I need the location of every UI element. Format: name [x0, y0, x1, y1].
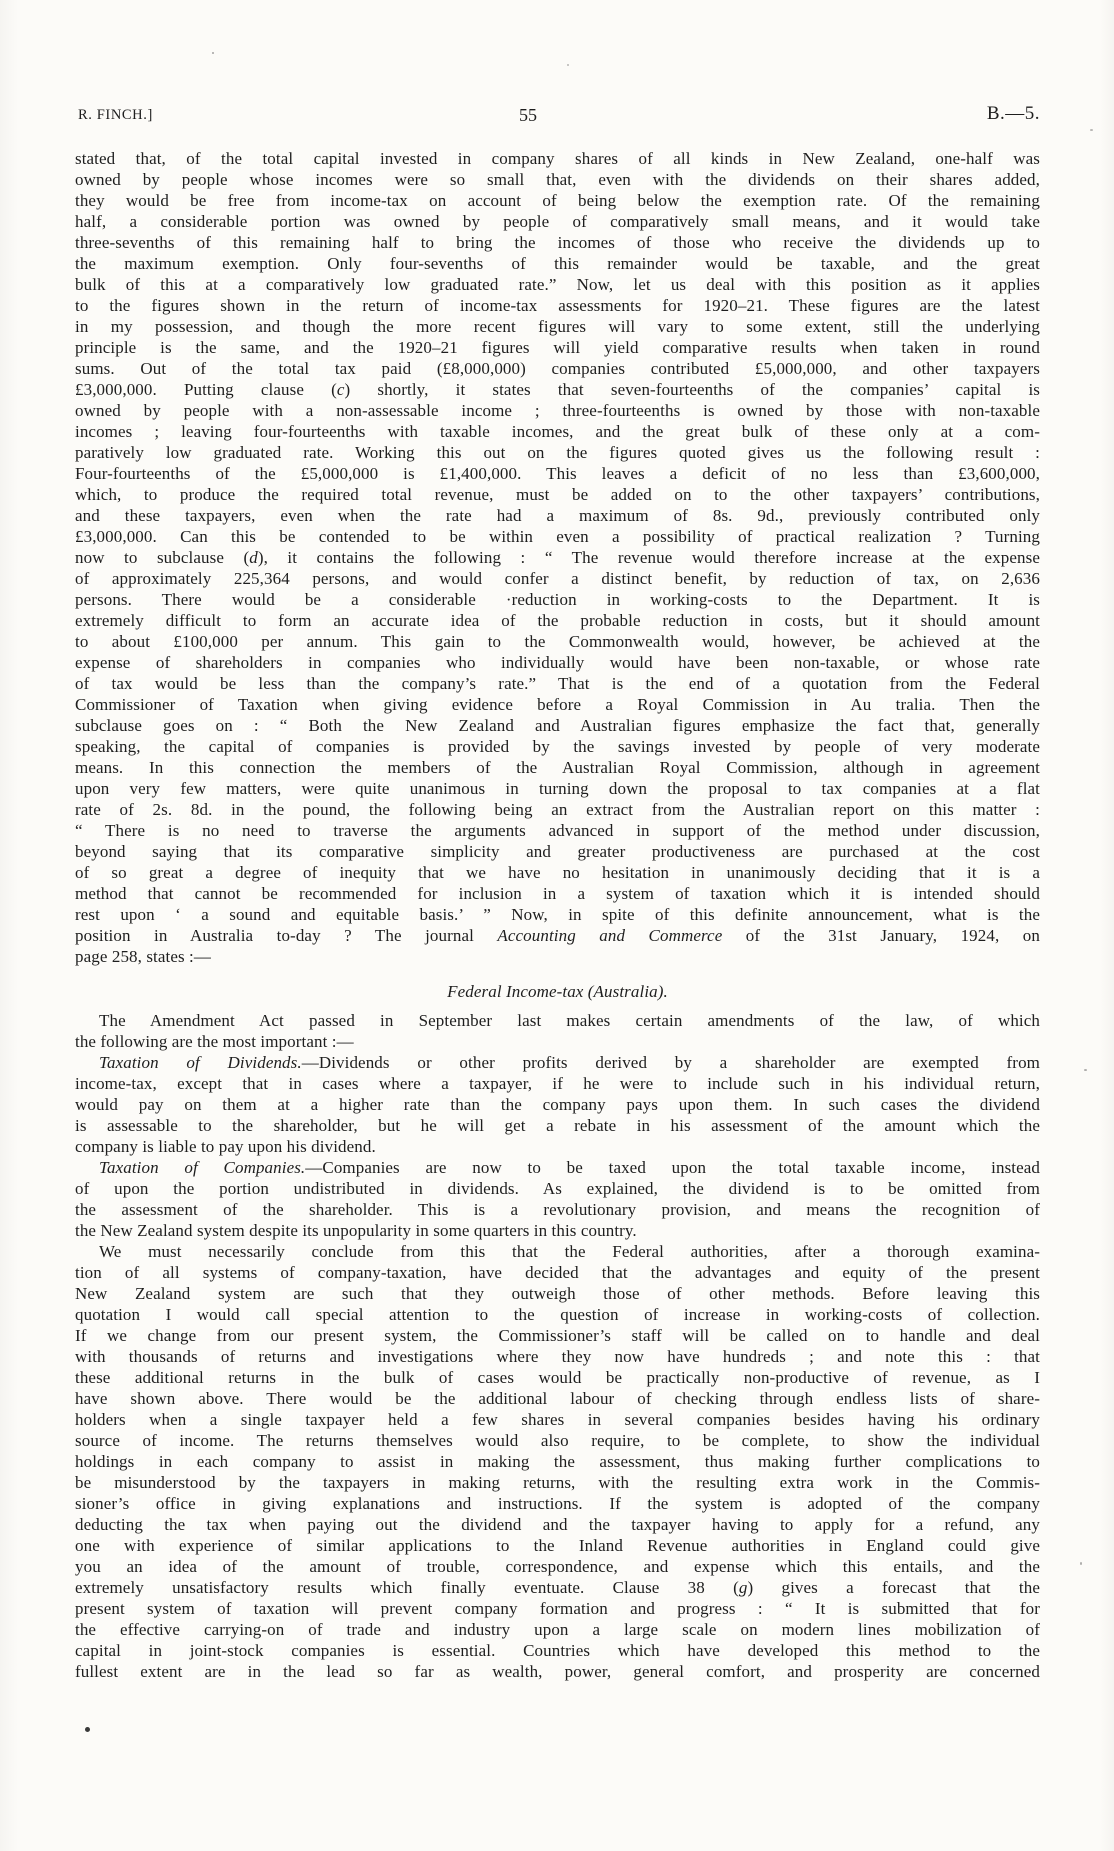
text-segment: paratively low graduated rate. Working t… — [75, 443, 1040, 462]
text-line: persons. There would be a considerable ·… — [75, 589, 1040, 610]
text-line: rest upon ‘ a sound and equitable basis.… — [75, 904, 1040, 925]
text-segment: —Companies are now to be taxed upon the … — [305, 1158, 1040, 1177]
document-page: R. FINCH.] 55 B.—5. stated that, of the … — [0, 0, 1114, 1851]
text-segment: in my possession, and though the more re… — [75, 317, 1040, 336]
text-line: subclause goes on : “ Both the New Zeala… — [75, 715, 1040, 736]
section-heading: Federal Income-tax (Australia). — [75, 981, 1040, 1003]
ink-speck — [1084, 1069, 1087, 1071]
text-segment: the New Zealand system despite its unpop… — [75, 1221, 637, 1240]
text-line: We must necessarily conclude from this t… — [75, 1241, 1040, 1262]
text-segment: and these taxpayers, even when the rate … — [75, 506, 1040, 525]
text-segment: sioner’s office in giving explanations a… — [75, 1494, 1040, 1513]
text-segment: £3,000,000. Putting clause ( — [75, 380, 337, 399]
text-segment: expense of shareholders in companies who… — [75, 653, 1040, 672]
text-line: Four-fourteenths of the £5,000,000 is £1… — [75, 463, 1040, 484]
text-line: holders when a single taxpayer held a fe… — [75, 1409, 1040, 1430]
page-header: R. FINCH.] 55 B.—5. — [78, 103, 1040, 129]
text-line: “ There is no need to traverse the argum… — [75, 820, 1040, 841]
text-line: upon very few matters, were quite unanim… — [75, 778, 1040, 799]
italic-text-segment: d — [249, 548, 258, 567]
text-segment: rest upon ‘ a sound and equitable basis.… — [75, 905, 1040, 924]
text-segment: The Amendment Act passed in September la… — [99, 1011, 1040, 1030]
text-segment: be misunderstood by the taxpayers in mak… — [75, 1473, 1040, 1492]
text-segment: of tax would be less than the company’s … — [75, 674, 1040, 693]
text-line: fullest extent are in the lead so far as… — [75, 1661, 1040, 1682]
text-segment: method that cannot be recommended for in… — [75, 884, 1040, 903]
text-line: these additional returns in the bulk of … — [75, 1367, 1040, 1388]
text-segment: ) gives a forecast that the — [748, 1578, 1041, 1597]
text-segment: the effective carrying-on of trade and i… — [75, 1620, 1040, 1639]
text-segment: rate of 2s. 8d. in the pound, the follow… — [75, 800, 1040, 819]
text-line: capital in joint-stock companies is esse… — [75, 1640, 1040, 1661]
text-segment: they would be free from income-tax on ac… — [75, 191, 1040, 210]
text-segment: now to subclause ( — [75, 548, 249, 567]
text-line: present system of taxation will prevent … — [75, 1598, 1040, 1619]
text-segment: sums. Out of the total tax paid (£8,000,… — [75, 359, 1040, 378]
text-line: the following are the most important :— — [75, 1031, 1040, 1052]
text-segment: half, a considerable portion was owned b… — [75, 212, 1040, 231]
text-line: principle is the same, and the 1920–21 f… — [75, 337, 1040, 358]
text-segment: upon very few matters, were quite unanim… — [75, 779, 1040, 798]
text-segment: income-tax, except that in cases where a… — [75, 1074, 1040, 1093]
text-line: holdings in each company to assist in ma… — [75, 1451, 1040, 1472]
text-segment: to the figures shown in the return of in… — [75, 296, 1040, 315]
text-line: stated that, of the total capital invest… — [75, 148, 1040, 169]
text-segment: of approximately 225,364 persons, and wo… — [75, 569, 1040, 588]
text-line: of upon the portion undistributed in div… — [75, 1178, 1040, 1199]
text-segment: owned by people with a non-assessable in… — [75, 401, 1040, 420]
text-line: extremely unsatisfactory results which f… — [75, 1577, 1040, 1598]
ink-speck — [567, 64, 569, 66]
text-segment: these additional returns in the bulk of … — [75, 1368, 1040, 1387]
text-line: extremely difficult to form an accurate … — [75, 610, 1040, 631]
text-line: method that cannot be recommended for in… — [75, 883, 1040, 904]
text-line: tion of all systems of company-taxation,… — [75, 1262, 1040, 1283]
text-line: of so great a degree of inequity that we… — [75, 862, 1040, 883]
text-segment: owned by people whose incomes were so sm… — [75, 170, 1040, 189]
text-line: speaking, the capital of companies is pr… — [75, 736, 1040, 757]
text-segment: We must necessarily conclude from this t… — [99, 1242, 1040, 1261]
ink-speck — [1090, 129, 1093, 131]
text-segment: extremely unsatisfactory results which f… — [75, 1578, 739, 1597]
text-line: If we change from our present system, th… — [75, 1325, 1040, 1346]
text-segment: present system of taxation will prevent … — [75, 1599, 1040, 1618]
text-segment: to about £100,000 per annum. This gain t… — [75, 632, 1040, 651]
italic-text-segment: g — [739, 1578, 748, 1597]
text-line: to the figures shown in the return of in… — [75, 295, 1040, 316]
text-segment: —Dividends or other profits derived by a… — [302, 1053, 1040, 1072]
text-segment: means. In this connection the members of… — [75, 758, 1040, 777]
text-line: you an idea of the amount of trouble, co… — [75, 1556, 1040, 1577]
paper-reference: B.—5. — [987, 103, 1040, 125]
document-body: stated that, of the total capital invest… — [75, 148, 1040, 1682]
text-segment: capital in joint-stock companies is esse… — [75, 1641, 1040, 1660]
text-segment: page 258, states :— — [75, 947, 211, 966]
text-segment: incomes ; leaving four-fourteenths with … — [75, 422, 1040, 441]
text-line: one with experience of similar applicati… — [75, 1535, 1040, 1556]
text-line: which, to produce the required total rev… — [75, 484, 1040, 505]
text-segment: bulk of this at a comparatively low grad… — [75, 275, 1040, 294]
text-line: owned by people whose incomes were so sm… — [75, 169, 1040, 190]
text-line: of approximately 225,364 persons, and wo… — [75, 568, 1040, 589]
text-line: expense of shareholders in companies who… — [75, 652, 1040, 673]
text-segment: stated that, of the total capital invest… — [75, 149, 1040, 168]
text-line: source of income. The returns themselves… — [75, 1430, 1040, 1451]
text-line: Commissioner of Taxation when giving evi… — [75, 694, 1040, 715]
text-segment: would pay on them at a higher rate than … — [75, 1095, 1040, 1114]
text-line: now to subclause (d), it contains the fo… — [75, 547, 1040, 568]
text-segment: subclause goes on : “ Both the New Zeala… — [75, 716, 1040, 735]
text-line: rate of 2s. 8d. in the pound, the follow… — [75, 799, 1040, 820]
text-line: would pay on them at a higher rate than … — [75, 1094, 1040, 1115]
text-segment: one with experience of similar applicati… — [75, 1536, 1040, 1555]
italic-text-segment: Accounting and Commerce — [497, 926, 722, 945]
text-line: the New Zealand system despite its unpop… — [75, 1220, 1040, 1241]
text-line: and these taxpayers, even when the rate … — [75, 505, 1040, 526]
text-line: means. In this connection the members of… — [75, 757, 1040, 778]
text-line: of tax would be less than the company’s … — [75, 673, 1040, 694]
text-line: is assessable to the shareholder, but he… — [75, 1115, 1040, 1136]
ink-speck — [212, 52, 214, 54]
text-line: incomes ; leaving four-fourteenths with … — [75, 421, 1040, 442]
text-segment: you an idea of the amount of trouble, co… — [75, 1557, 1040, 1576]
ink-speck — [85, 1727, 90, 1732]
text-line: company is liable to pay upon his divide… — [75, 1136, 1040, 1157]
text-segment: fullest extent are in the lead so far as… — [75, 1662, 1040, 1681]
text-segment: company is liable to pay upon his divide… — [75, 1137, 376, 1156]
ink-speck — [1080, 1562, 1082, 1565]
text-line: £3,000,000. Putting clause (c) shortly, … — [75, 379, 1040, 400]
text-segment: “ There is no need to traverse the argum… — [75, 821, 1040, 840]
text-segment: have shown above. There would be the add… — [75, 1389, 1040, 1408]
italic-text-segment: Taxation of Dividends. — [99, 1053, 302, 1072]
text-segment: source of income. The returns themselves… — [75, 1431, 1040, 1450]
text-segment: of upon the portion undistributed in div… — [75, 1179, 1040, 1198]
text-line: be misunderstood by the taxpayers in mak… — [75, 1472, 1040, 1493]
text-segment: If we change from our present system, th… — [75, 1326, 1040, 1345]
text-segment: Commissioner of Taxation when giving evi… — [75, 695, 1040, 714]
text-segment: three-sevenths of this remaining half to… — [75, 233, 1040, 252]
text-line: they would be free from income-tax on ac… — [75, 190, 1040, 211]
text-segment: Four-fourteenths of the £5,000,000 is £1… — [75, 464, 1040, 483]
text-segment: principle is the same, and the 1920–21 f… — [75, 338, 1040, 357]
text-line: have shown above. There would be the add… — [75, 1388, 1040, 1409]
text-segment: with thousands of returns and investigat… — [75, 1347, 1040, 1366]
text-segment: quotation I would call special attention… — [75, 1305, 1040, 1324]
text-segment: £3,000,000. Can this be contended to be … — [75, 527, 1040, 546]
text-line: deducting the tax when paying out the di… — [75, 1514, 1040, 1535]
text-line: page 258, states :— — [75, 946, 1040, 967]
page-number: 55 — [78, 105, 978, 126]
text-segment: ), it contains the following : “ The rev… — [258, 548, 1040, 567]
italic-text-segment: Taxation of Companies. — [99, 1158, 305, 1177]
text-line: Taxation of Dividends.—Dividends or othe… — [75, 1052, 1040, 1073]
text-line: sioner’s office in giving explanations a… — [75, 1493, 1040, 1514]
text-line: quotation I would call special attention… — [75, 1304, 1040, 1325]
text-segment: the maximum exemption. Only four-seventh… — [75, 254, 1040, 273]
italic-text-segment: Federal Income-tax (Australia). — [447, 982, 668, 1001]
text-segment: of so great a degree of inequity that we… — [75, 863, 1040, 882]
text-segment: holdings in each company to assist in ma… — [75, 1452, 1040, 1471]
text-line: owned by people with a non-assessable in… — [75, 400, 1040, 421]
text-line: position in Australia to-day ? The journ… — [75, 925, 1040, 946]
text-segment: of the 31st January, 1924, on — [722, 926, 1040, 945]
text-segment: position in Australia to-day ? The journ… — [75, 926, 497, 945]
text-segment: New Zealand system are such that they ou… — [75, 1284, 1040, 1303]
text-line: £3,000,000. Can this be contended to be … — [75, 526, 1040, 547]
text-line: to about £100,000 per annum. This gain t… — [75, 631, 1040, 652]
text-segment: the assessment of the shareholder. This … — [75, 1200, 1040, 1219]
text-line: with thousands of returns and investigat… — [75, 1346, 1040, 1367]
text-segment: speaking, the capital of companies is pr… — [75, 737, 1040, 756]
text-line: the effective carrying-on of trade and i… — [75, 1619, 1040, 1640]
text-line: New Zealand system are such that they ou… — [75, 1283, 1040, 1304]
text-line: sums. Out of the total tax paid (£8,000,… — [75, 358, 1040, 379]
text-line: The Amendment Act passed in September la… — [75, 1010, 1040, 1031]
text-segment: persons. There would be a considerable ·… — [75, 590, 1040, 609]
text-line: income-tax, except that in cases where a… — [75, 1073, 1040, 1094]
text-segment: tion of all systems of company-taxation,… — [75, 1263, 1040, 1282]
text-segment: beyond saying that its comparative simpl… — [75, 842, 1040, 861]
text-segment: is assessable to the shareholder, but he… — [75, 1116, 1040, 1135]
text-line: beyond saying that its comparative simpl… — [75, 841, 1040, 862]
text-segment: extremely difficult to form an accurate … — [75, 611, 1040, 630]
text-segment: deducting the tax when paying out the di… — [75, 1515, 1040, 1534]
text-segment: the following are the most important :— — [75, 1032, 354, 1051]
text-line: Taxation of Companies.—Companies are now… — [75, 1157, 1040, 1178]
text-segment: ) shortly, it states that seven-fourteen… — [344, 380, 1040, 399]
text-line: the maximum exemption. Only four-seventh… — [75, 253, 1040, 274]
text-line: in my possession, and though the more re… — [75, 316, 1040, 337]
text-segment: which, to produce the required total rev… — [75, 485, 1040, 504]
text-segment: holders when a single taxpayer held a fe… — [75, 1410, 1040, 1429]
text-line: the assessment of the shareholder. This … — [75, 1199, 1040, 1220]
text-line: paratively low graduated rate. Working t… — [75, 442, 1040, 463]
text-line: half, a considerable portion was owned b… — [75, 211, 1040, 232]
text-line: bulk of this at a comparatively low grad… — [75, 274, 1040, 295]
text-line: three-sevenths of this remaining half to… — [75, 232, 1040, 253]
